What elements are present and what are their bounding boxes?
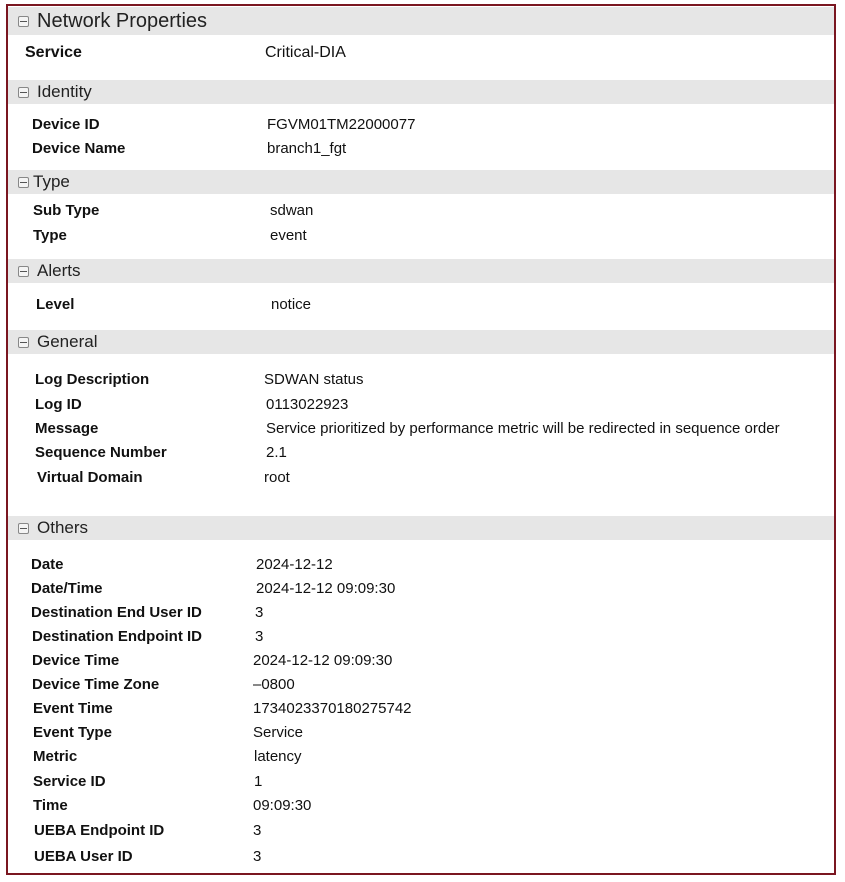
property-value: 0113022923 (266, 396, 348, 413)
property-label: Virtual Domain (37, 469, 143, 486)
property-value: sdwan (270, 202, 313, 219)
property-row: Sequence Number 2.1 (8, 444, 834, 466)
property-row: Destination End User ID3 (8, 604, 834, 626)
property-row: Metriclatency (8, 748, 834, 770)
section-header-others[interactable]: Others (8, 516, 834, 540)
property-label: Service (25, 44, 82, 62)
property-row: Message Service prioritized by performan… (8, 420, 834, 442)
property-value: 1734023370180275742 (253, 700, 412, 717)
property-value: FGVM01TM22000077 (267, 116, 415, 133)
property-value: 2024-12-12 (256, 556, 333, 573)
property-row: UEBA User ID3 (8, 848, 834, 870)
property-row: Device ID FGVM01TM22000077 (8, 116, 834, 138)
property-value: event (270, 227, 307, 244)
property-value: latency (254, 748, 302, 765)
property-value: –0800 (253, 676, 295, 693)
property-row-service: Service Critical-DIA (8, 44, 834, 66)
property-value: notice (271, 296, 311, 313)
property-label: Date/Time (31, 580, 102, 597)
property-row: Date2024-12-12 (8, 556, 834, 578)
property-row: Time09:09:30 (8, 797, 834, 819)
collapse-icon[interactable] (18, 87, 29, 98)
property-row: Type event (8, 227, 834, 249)
property-label: Device Name (32, 140, 125, 157)
property-value: Service prioritized by performance metri… (266, 420, 780, 437)
section-header-identity[interactable]: Identity (8, 80, 834, 104)
property-label: Sequence Number (35, 444, 167, 461)
property-value: 1 (254, 773, 262, 790)
property-value: Service (253, 724, 303, 741)
property-label: Destination Endpoint ID (32, 628, 202, 645)
property-row: Device Time2024-12-12 09:09:30 (8, 652, 834, 674)
property-label: Type (33, 227, 67, 244)
property-label: Level (36, 296, 74, 313)
property-label: Time (33, 797, 68, 814)
property-row: Device Name branch1_fgt (8, 140, 834, 162)
property-value: branch1_fgt (267, 140, 346, 157)
property-row: Date/Time2024-12-12 09:09:30 (8, 580, 834, 602)
property-value: 09:09:30 (253, 797, 311, 814)
property-row: Destination Endpoint ID3 (8, 628, 834, 650)
property-row: Level notice (8, 296, 834, 318)
collapse-icon[interactable] (18, 266, 29, 277)
property-row: Event Time1734023370180275742 (8, 700, 834, 722)
section-header-general[interactable]: General (8, 330, 834, 354)
property-value: 3 (253, 822, 261, 839)
property-row: Virtual Domain root (8, 469, 834, 491)
property-row: UEBA Endpoint ID3 (8, 822, 834, 844)
property-label: Message (35, 420, 98, 437)
property-value: Critical-DIA (265, 44, 346, 62)
collapse-icon[interactable] (18, 337, 29, 348)
property-row: Device Time Zone–0800 (8, 676, 834, 698)
network-properties-panel: Network Properties Service Critical-DIA … (6, 4, 836, 875)
section-title: Type (33, 172, 70, 192)
section-title: Others (37, 518, 88, 538)
property-label: UEBA Endpoint ID (34, 822, 164, 839)
property-label: Log Description (35, 371, 149, 388)
property-row: Service ID1 (8, 773, 834, 795)
section-header-alerts[interactable]: Alerts (8, 259, 834, 283)
property-label: Device Time Zone (32, 676, 159, 693)
property-label: Metric (33, 748, 77, 765)
property-label: Device Time (32, 652, 119, 669)
property-row: Event TypeService (8, 724, 834, 746)
section-title: Alerts (37, 261, 80, 281)
property-value: 3 (255, 604, 263, 621)
property-label: Service ID (33, 773, 106, 790)
section-header-network-properties[interactable]: Network Properties (8, 7, 834, 35)
property-row: Sub Type sdwan (8, 202, 834, 224)
collapse-icon[interactable] (18, 177, 29, 188)
section-header-type[interactable]: Type (8, 170, 834, 194)
property-label: Sub Type (33, 202, 99, 219)
property-value: 2024-12-12 09:09:30 (253, 652, 392, 669)
property-label: Log ID (35, 396, 82, 413)
property-value: root (264, 469, 290, 486)
property-value: 3 (255, 628, 263, 645)
property-label: Device ID (32, 116, 100, 133)
panel-title: Network Properties (37, 10, 207, 33)
section-title: General (37, 332, 97, 352)
property-label: Date (31, 556, 64, 573)
property-value: SDWAN status (264, 371, 363, 388)
property-row: Log ID 0113022923 (8, 396, 834, 418)
property-value: 3 (253, 848, 261, 865)
property-label: Destination End User ID (31, 604, 202, 621)
property-value: 2.1 (266, 444, 287, 461)
property-value: 2024-12-12 09:09:30 (256, 580, 395, 597)
collapse-icon[interactable] (18, 523, 29, 534)
section-title: Identity (37, 82, 92, 102)
property-label: UEBA User ID (34, 848, 133, 865)
property-label: Event Type (33, 724, 112, 741)
property-label: Event Time (33, 700, 113, 717)
property-row: Log Description SDWAN status (8, 371, 834, 393)
collapse-icon[interactable] (18, 16, 29, 27)
